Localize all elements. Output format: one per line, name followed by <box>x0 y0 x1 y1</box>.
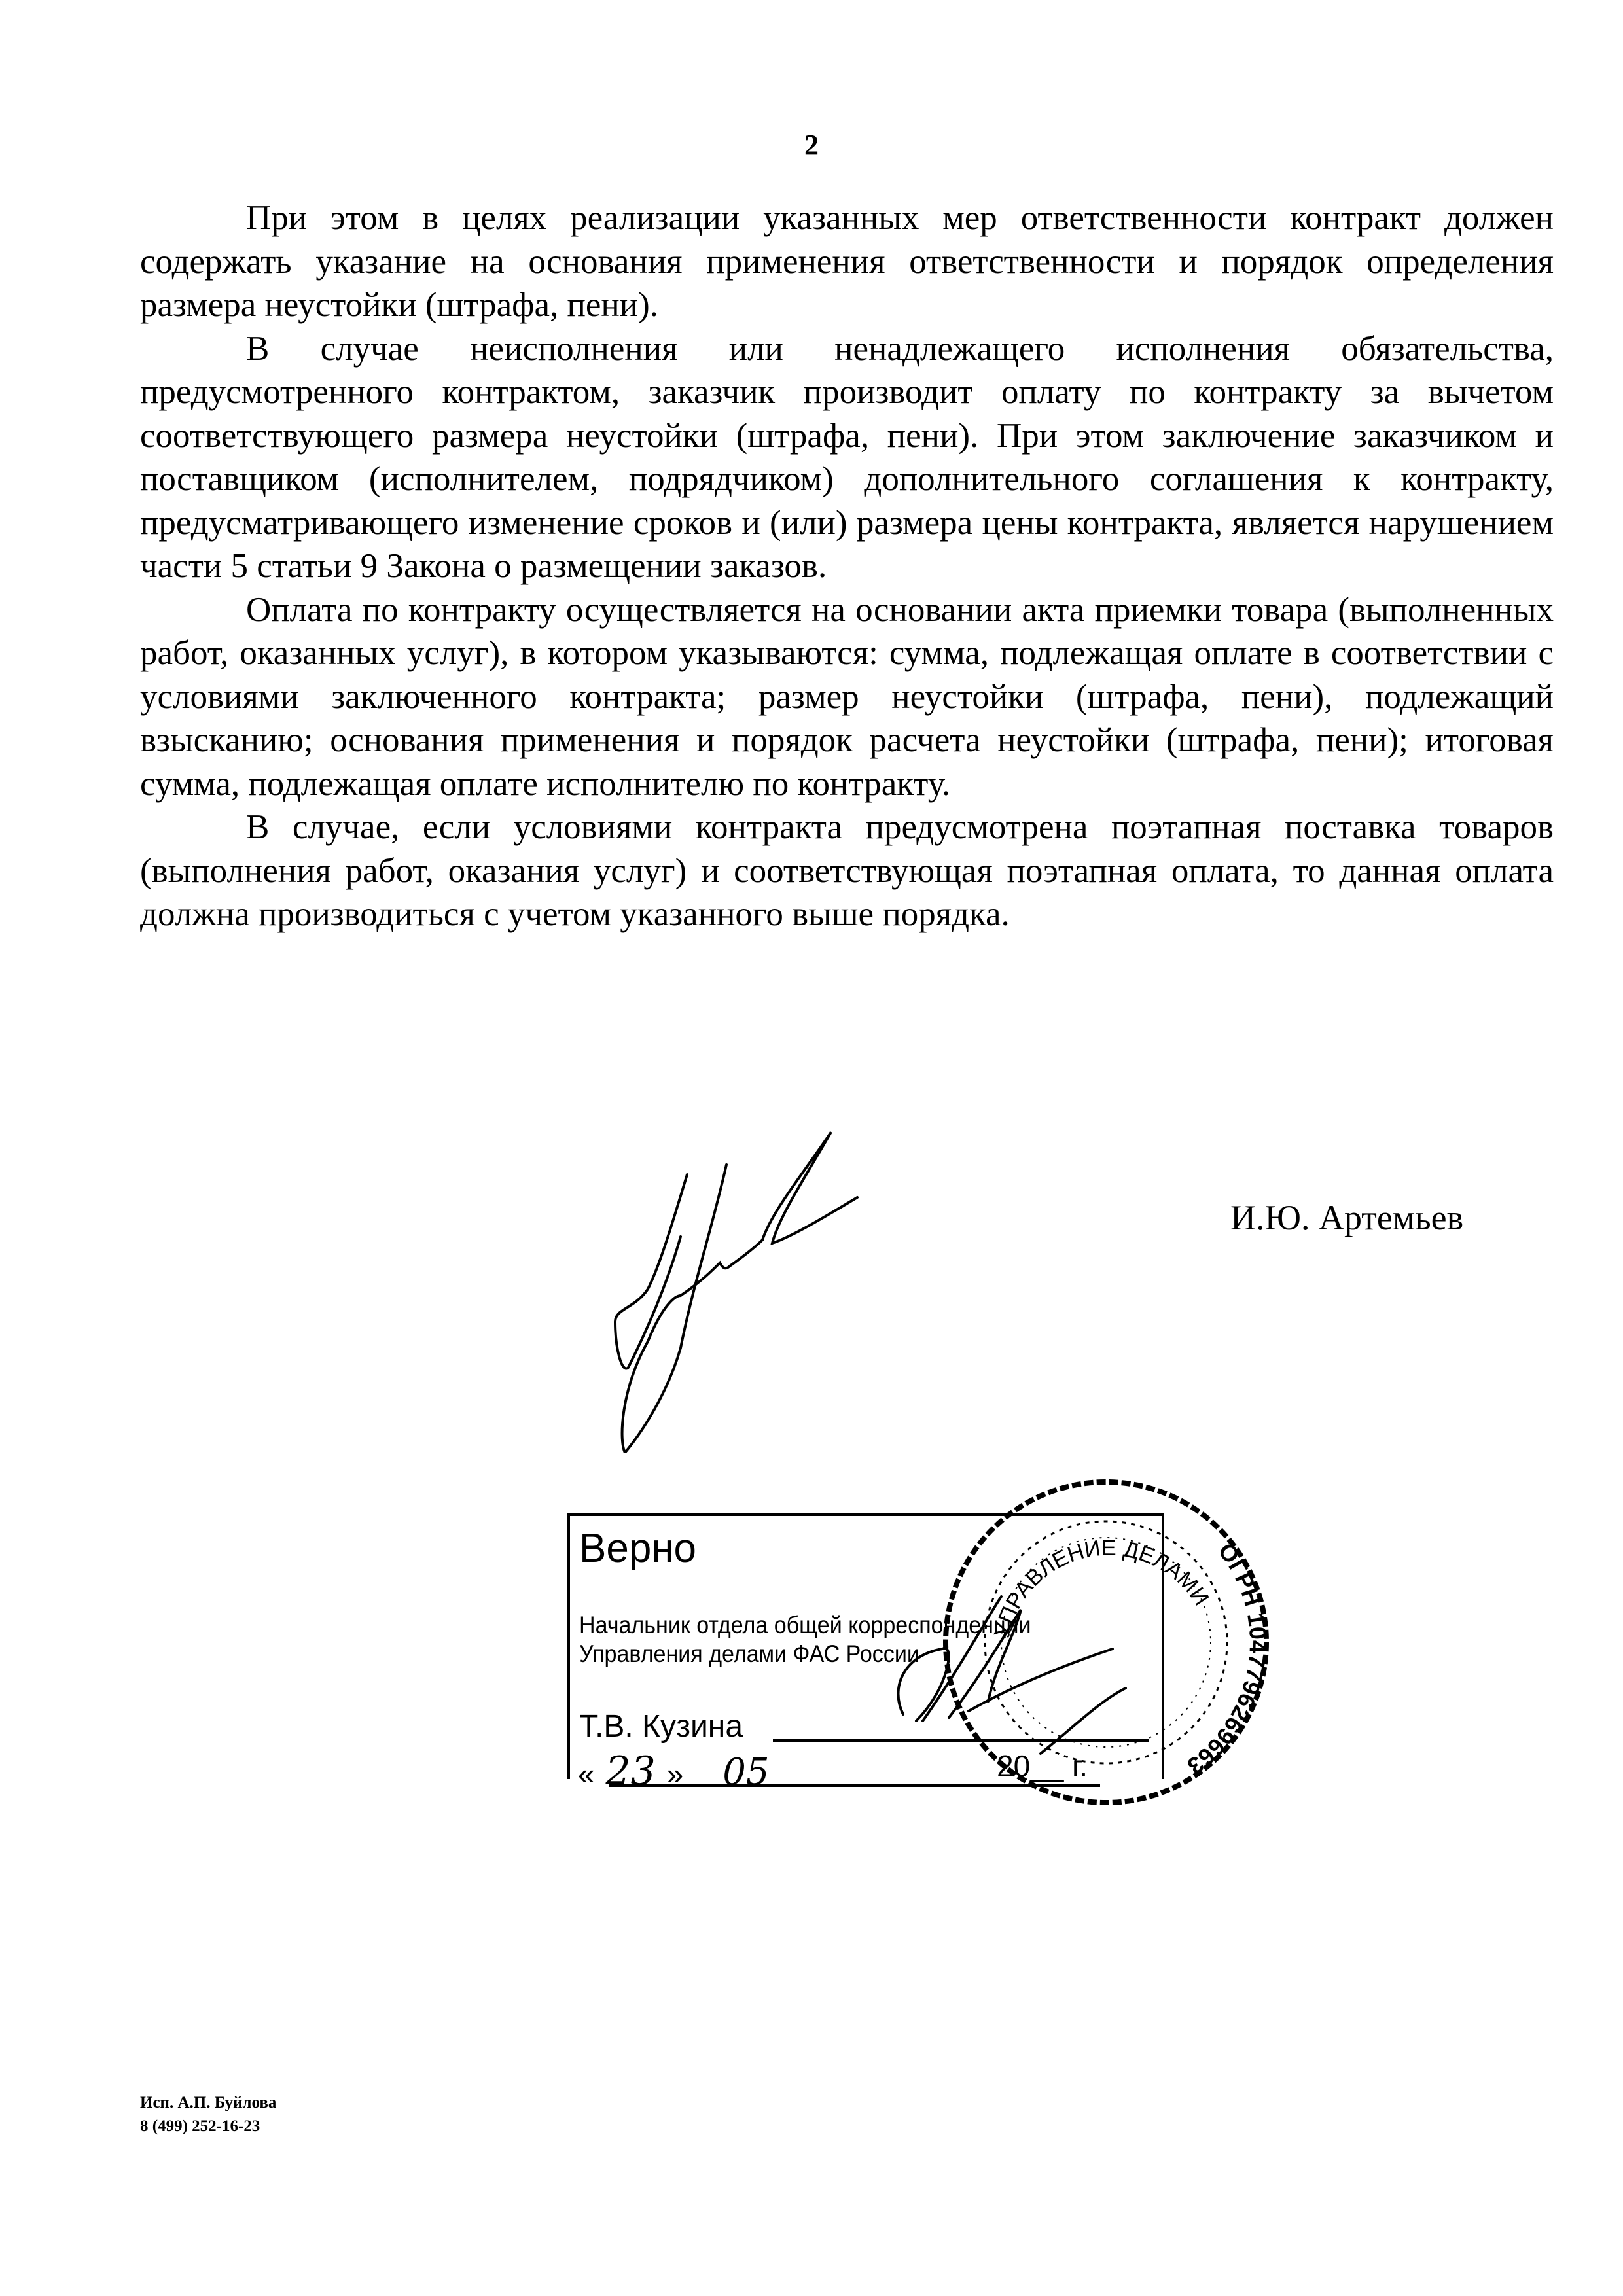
date-day: 23 <box>595 1748 667 1794</box>
paragraph-3: Оплата по контракту осуществляется на ос… <box>140 588 1554 806</box>
certifier-signature-icon <box>864 1557 1139 1773</box>
executor-note: Исп. А.П. Буйлова 8 (499) 252-16-23 <box>140 2091 276 2138</box>
handwritten-signature-icon <box>609 1112 1027 1453</box>
paragraph-2: В случае неисполнения или ненадлежащего … <box>140 327 1554 588</box>
letter-body: При этом в целях реализации указанных ме… <box>140 196 1554 936</box>
certifier-name: Т.В. Кузина <box>579 1708 743 1744</box>
executor-phone: 8 (499) 252-16-23 <box>140 2115 276 2138</box>
executor-name: Исп. А.П. Буйлова <box>140 2091 276 2115</box>
signatory-name: И.Ю. Артемьев <box>1230 1197 1463 1238</box>
date-month: 05 <box>722 1751 853 1793</box>
certification-date: «23»05 20__ г. <box>578 1748 853 1794</box>
paragraph-1: При этом в целях реализации указанных ме… <box>140 196 1554 327</box>
paragraph-4: В случае, если условиями контракта преду… <box>140 805 1554 936</box>
page-number: 2 <box>0 128 1623 162</box>
certification-title: Верно <box>579 1525 696 1572</box>
